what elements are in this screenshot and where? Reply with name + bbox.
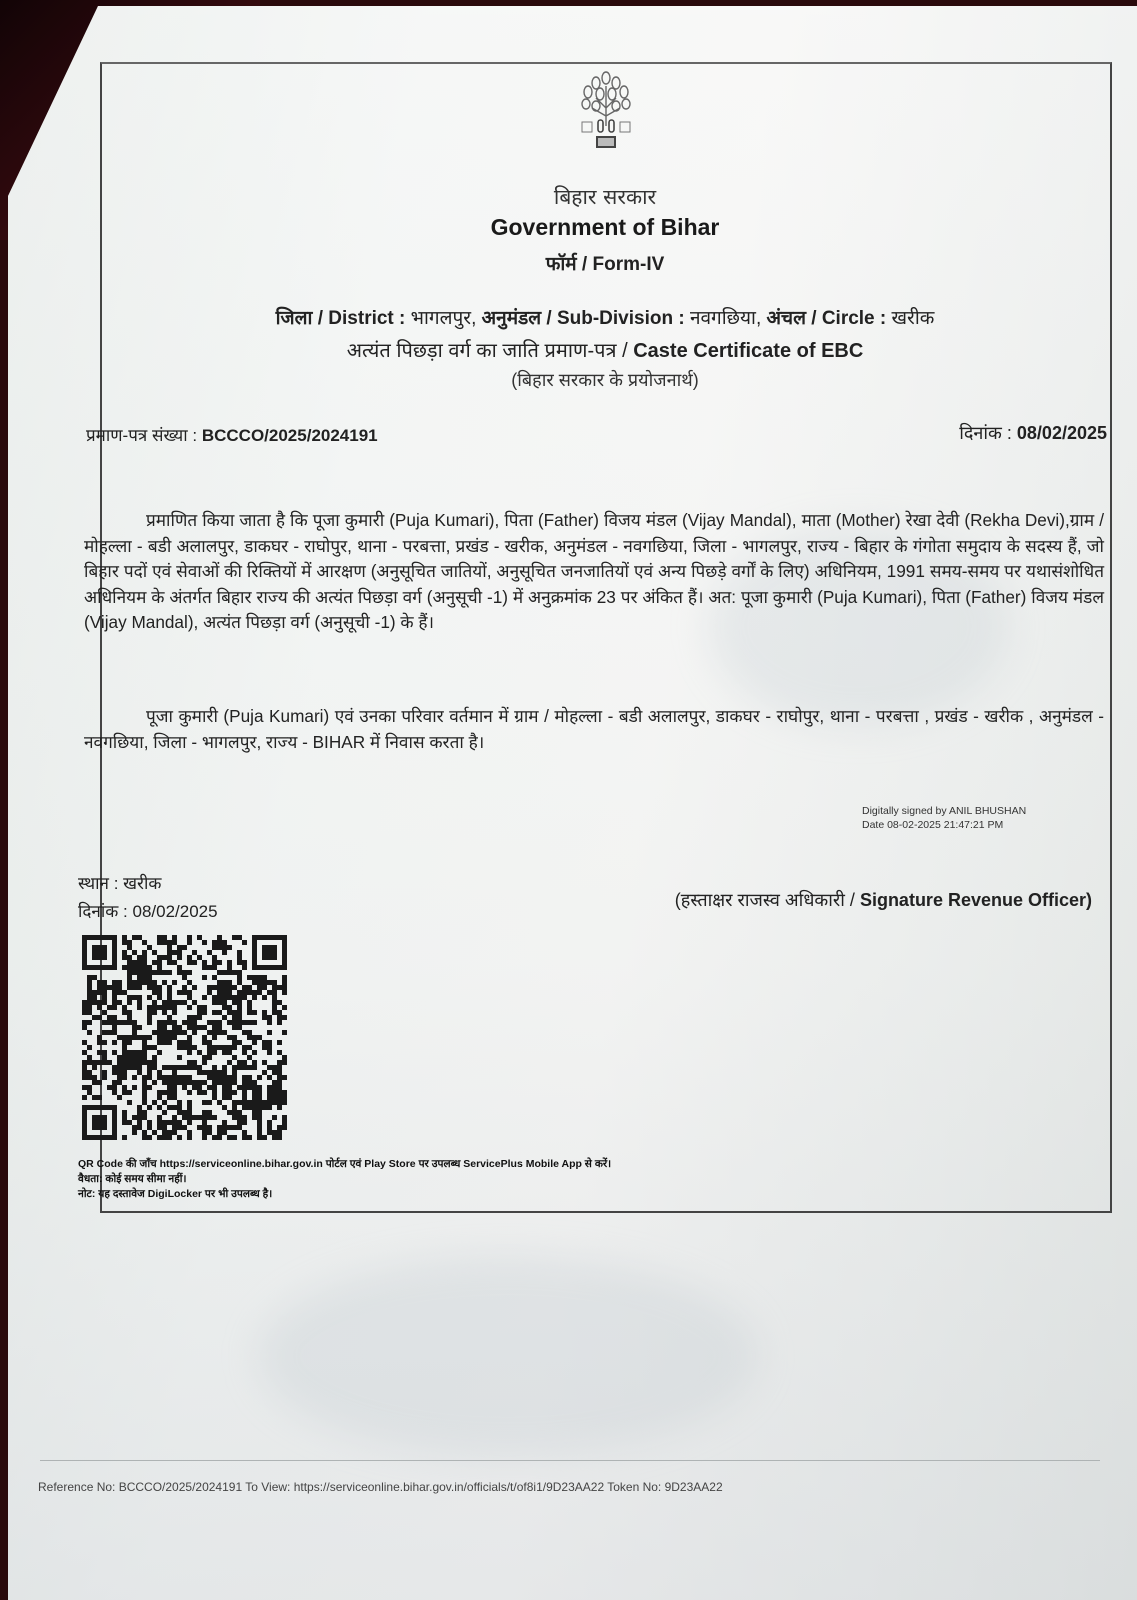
footer-divider (40, 1460, 1100, 1461)
digital-signature-block: Digitally signed by ANIL BHUSHAN Date 08… (862, 804, 1026, 832)
signature-caption: (हस्ताक्षर राजस्व अधिकारी / Signature Re… (675, 888, 1092, 912)
location-line: जिला / District : भागलपुर, अनुमंडल / Sub… (100, 304, 1110, 330)
digital-signature-signer: Digitally signed by ANIL BHUSHAN (862, 804, 1026, 818)
place: स्थान : खरीक (78, 870, 218, 898)
issue-date-value: 08/02/2025 (1017, 423, 1107, 443)
signature-caption-hindi: (हस्ताक्षर राजस्व अधिकारी / (675, 890, 855, 910)
certificate-title-english: Caste Certificate of EBC (633, 340, 863, 362)
place-date: दिनांक : 08/02/2025 (78, 898, 218, 926)
govt-title-english: Government of Bihar (100, 214, 1110, 241)
issue-date-label: दिनांक : (959, 423, 1012, 443)
subdivision-value: नवगछिया, (690, 308, 761, 329)
qr-verify-note: QR Code की जाँच https://serviceonline.bi… (78, 1157, 611, 1172)
certificate-purpose: (बिहार सरकार के प्रयोजनार्थ) (100, 368, 1110, 392)
form-number: फॉर्म / Form-IV (100, 250, 1110, 276)
circle-value: खरीक (892, 308, 935, 329)
digilocker-note: नोट: यह दस्तावेज DigiLocker पर भी उपलब्ध… (78, 1187, 611, 1202)
certificate-title: अत्यंत पिछड़ा वर्ग का जाति प्रमाण-पत्र /… (100, 336, 1110, 363)
certificate-title-hindi: अत्यंत पिछड़ा वर्ग का जाति प्रमाण-पत्र / (347, 340, 628, 362)
circle-label: अंचल / Circle : (767, 308, 887, 329)
qr-notes: QR Code की जाँच https://serviceonline.bi… (78, 1157, 611, 1202)
subdivision-label: अनुमंडल / Sub-Division : (482, 308, 685, 329)
place-date-block: स्थान : खरीक दिनांक : 08/02/2025 (78, 870, 218, 926)
certificate-body-paragraph-2: पूजा कुमारी (Puja Kumari) एवं उनका परिवा… (84, 704, 1104, 755)
qr-code-icon[interactable] (82, 935, 287, 1140)
validity-note: वैधता: कोई समय सीमा नहीं। (78, 1172, 611, 1187)
certificate-number: प्रमाण-पत्र संख्या : BCCCO/2025/2024191 (86, 423, 378, 446)
certificate-body-paragraph-1: प्रमाणित किया जाता है कि पूजा कुमारी (Pu… (84, 508, 1104, 636)
reference-line: Reference No: BCCCO/2025/2024191 To View… (38, 1480, 723, 1494)
certificate-number-label: प्रमाण-पत्र संख्या : (86, 426, 197, 445)
bihar-emblem-icon (576, 68, 636, 156)
certificate-number-value: BCCCO/2025/2024191 (202, 426, 378, 445)
issue-date: दिनांक : 08/02/2025 (959, 421, 1107, 445)
govt-title-hindi: बिहार सरकार (100, 183, 1110, 211)
digital-signature-date: Date 08-02-2025 21:47:21 PM (862, 818, 1026, 832)
district-value: भागलपुर, (411, 308, 477, 329)
signature-caption-english: Signature Revenue Officer) (860, 890, 1092, 910)
district-label: जिला / District : (276, 308, 406, 329)
